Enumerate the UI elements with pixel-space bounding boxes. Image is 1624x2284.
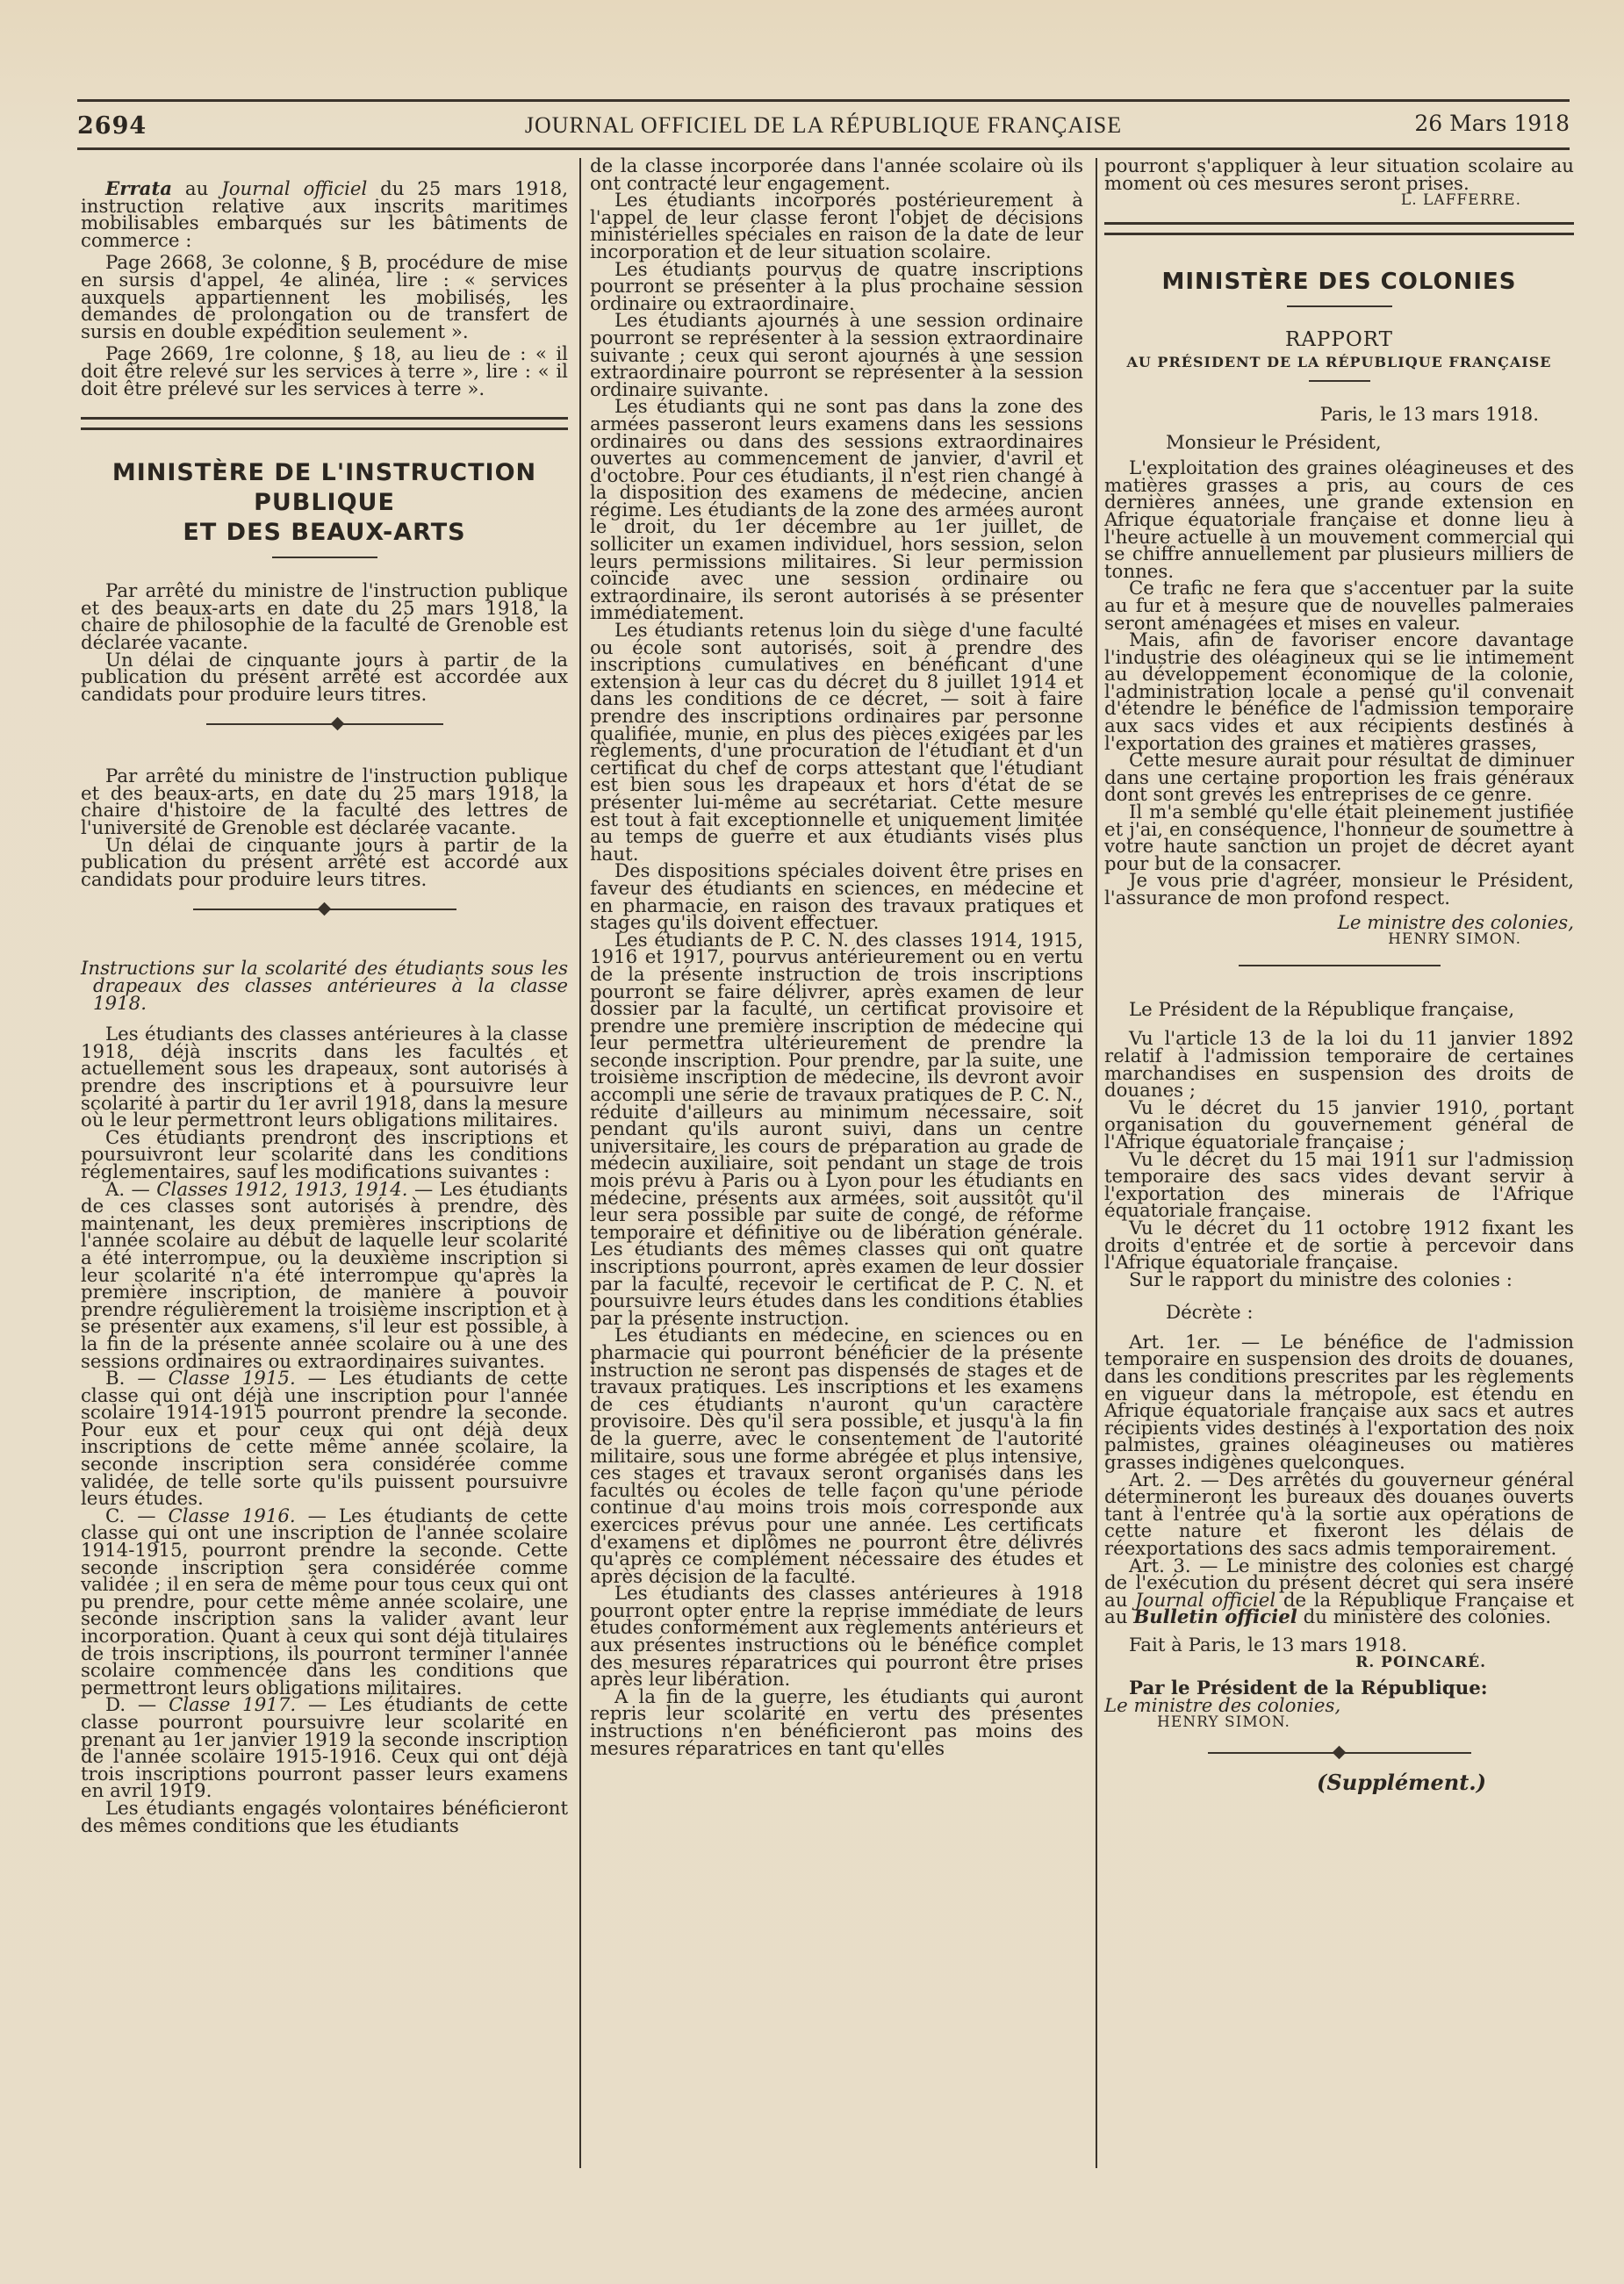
fait-a-paris: Fait à Paris, le 13 mars 1918. bbox=[1104, 1637, 1574, 1655]
arrete-philosophie-delai: Un délai de cinquante jours à partir de … bbox=[81, 652, 568, 704]
column-3: pourront s'appliquer à leur situation sc… bbox=[1104, 158, 1574, 1792]
vu-paragraph: Vu l'article 13 de la loi du 11 janvier … bbox=[1104, 1031, 1574, 1099]
salutation: Monsieur le Président, bbox=[1104, 435, 1574, 452]
paragraph: Les étudiants des classes antérieures à … bbox=[590, 1585, 1083, 1689]
column-1: Errata au Journal officiel du 25 mars 19… bbox=[81, 158, 568, 1835]
title-rule bbox=[1287, 305, 1392, 307]
title-rule bbox=[1309, 380, 1370, 382]
page-header: 2694 JOURNAL OFFICIEL DE LA RÉPUBLIQUE F… bbox=[77, 109, 1570, 144]
paragraph: Des dispositions spéciales doivent être … bbox=[590, 863, 1083, 931]
decrete-label: Décrète : bbox=[1104, 1304, 1574, 1322]
rapport-paragraph: Ce trafic ne fera que s'accentuer par la… bbox=[1104, 580, 1574, 632]
arrete-philosophie: Par arrêté du ministre de l'instruction … bbox=[81, 583, 568, 651]
article-1: Art. 1er. — Le bénéfice de l'admission t… bbox=[1104, 1334, 1574, 1472]
paragraph: Les étudiants qui ne sont pas dans la zo… bbox=[590, 399, 1083, 622]
text: du ministère des colonies. bbox=[1297, 1606, 1551, 1628]
rapport-paragraph: Mais, afin de favoriser encore davantage… bbox=[1104, 632, 1574, 752]
rapport-signature-name: HENRY SIMON. bbox=[1104, 931, 1574, 949]
supplement-label: (Supplément.) bbox=[1104, 1774, 1574, 1792]
text: — Les étudiants de ces classes sont auto… bbox=[81, 1179, 568, 1373]
paragraph: Les étudiants de P. C. N. des classes 19… bbox=[590, 932, 1083, 1328]
diamond-separator bbox=[206, 715, 443, 733]
rapport-signature-title: Le ministre des colonies, bbox=[1104, 915, 1574, 932]
continuation-paragraph: pourront s'appliquer à leur situation sc… bbox=[1104, 158, 1574, 192]
instructions-heading: Instructions sur la scolarité des étudia… bbox=[81, 960, 568, 1012]
title-rule bbox=[272, 557, 377, 558]
errata-correction-1: Page 2668, 3e colonne, § B, procédure de… bbox=[81, 255, 568, 341]
diamond-separator bbox=[193, 901, 456, 918]
vu-paragraph: Vu le décret du 11 octobre 1912 fixant l… bbox=[1104, 1220, 1574, 1272]
errata-paragraph: Errata au Journal officiel du 25 mars 19… bbox=[81, 181, 568, 249]
section-c: C. — Classe 1916. — Les étudiants de cet… bbox=[81, 1508, 568, 1698]
column-2: de la classe incorporée dans l'année sco… bbox=[590, 158, 1083, 1757]
section-double-rule bbox=[81, 417, 568, 430]
instructions-p1: Les étudiants des classes antérieures à … bbox=[81, 1026, 568, 1130]
text: — Les étudiants de cette classe qui ont … bbox=[81, 1505, 568, 1699]
rapport-paragraph: L'exploitation des graines oléagineuses … bbox=[1104, 460, 1574, 580]
column-divider bbox=[1096, 158, 1097, 2168]
paragraph: Les étudiants retenus loin du siège d'un… bbox=[590, 622, 1083, 863]
section-d: D. — Classe 1917. — Les étudiants de cet… bbox=[81, 1697, 568, 1800]
instructions-p2: Ces étudiants prendront des inscriptions… bbox=[81, 1130, 568, 1182]
rapport-title: RAPPORT bbox=[1104, 332, 1574, 349]
newspaper-page: 2694 JOURNAL OFFICIEL DE LA RÉPUBLIQUE F… bbox=[0, 0, 1624, 2284]
ministry-title-line2: ET DES BEAUX-ARTS bbox=[81, 518, 568, 548]
article-2: Art. 2. — Des arrêtés du gouverneur géné… bbox=[1104, 1472, 1574, 1558]
separator-rule bbox=[1239, 965, 1441, 966]
decree-signature-name: HENRY SIMON. bbox=[1104, 1714, 1574, 1732]
header-top-rule bbox=[77, 99, 1570, 102]
header-bottom-rule bbox=[77, 147, 1570, 150]
vu-paragraph: Sur le rapport du ministre des colonies … bbox=[1104, 1272, 1574, 1289]
vu-paragraph: Vu le décret du 15 mai 1911 sur l'admiss… bbox=[1104, 1152, 1574, 1220]
paragraph: A la fin de la guerre, les étudiants qui… bbox=[590, 1689, 1083, 1757]
arrete-histoire: Par arrêté du ministre de l'instruction … bbox=[81, 768, 568, 837]
journal-title: JOURNAL OFFICIEL DE LA RÉPUBLIQUE FRANÇA… bbox=[77, 112, 1570, 139]
decree-signature-title: Le ministre des colonies, bbox=[1104, 1698, 1574, 1715]
column-divider bbox=[579, 158, 581, 2168]
paragraph: Les étudiants pourvus de quatre inscript… bbox=[590, 262, 1083, 313]
signature-lafferre: L. LAFFERRE. bbox=[1104, 192, 1574, 210]
engages-volontaires: Les étudiants engagés volontaires bénéfi… bbox=[81, 1800, 568, 1835]
paragraph: Les étudiants en médecine, en sciences o… bbox=[590, 1327, 1083, 1585]
paragraph: Les étudiants ajournés à une session ord… bbox=[590, 312, 1083, 399]
signature-poincare: R. POINCARÉ. bbox=[1104, 1655, 1574, 1672]
rapport-paragraph: Cette mesure aurait pour résultat de dim… bbox=[1104, 752, 1574, 804]
rapport-paragraph: Il m'a semblé qu'elle était pleinement j… bbox=[1104, 804, 1574, 873]
section-double-rule bbox=[1104, 222, 1574, 235]
article-3: Art. 3. — Le ministre des colonies est c… bbox=[1104, 1558, 1574, 1627]
ministry-title-line1: MINISTÈRE DE L'INSTRUCTION PUBLIQUE bbox=[81, 458, 568, 518]
section-a: A. — Classes 1912, 1913, 1914. — Les étu… bbox=[81, 1182, 568, 1371]
errata-correction-2: Page 2669, 1re colonne, § 18, au lieu de… bbox=[81, 346, 568, 398]
rapport-date: Paris, le 13 mars 1918. bbox=[1104, 406, 1574, 424]
vu-paragraph: Vu le décret du 15 janvier 1910, portant… bbox=[1104, 1100, 1574, 1152]
arrete-histoire-delai: Un délai de cinquante jours à partir de … bbox=[81, 837, 568, 889]
bulletin-reference: Bulletin officiel bbox=[1133, 1606, 1297, 1628]
rapport-paragraph: Je vous prie d'agréer, monsieur le Prési… bbox=[1104, 873, 1574, 907]
paragraph: de la classe incorporée dans l'année sco… bbox=[590, 158, 1083, 192]
rapport-subtitle: AU PRÉSIDENT DE LA RÉPUBLIQUE FRANÇAISE bbox=[1104, 354, 1574, 371]
section-b: B. — Classe 1915. — Les étudiants de cet… bbox=[81, 1370, 568, 1508]
diamond-separator bbox=[1208, 1744, 1471, 1762]
ministry-colonies-title: MINISTÈRE DES COLONIES bbox=[1104, 267, 1574, 297]
decree-intro: Le Président de la République française, bbox=[1104, 1002, 1574, 1019]
text: — Les étudiants de cette classe qui ont … bbox=[81, 1368, 568, 1510]
paragraph: Les étudiants incorporés postérieurement… bbox=[590, 192, 1083, 261]
issue-date: 26 Mars 1918 bbox=[1414, 111, 1570, 136]
